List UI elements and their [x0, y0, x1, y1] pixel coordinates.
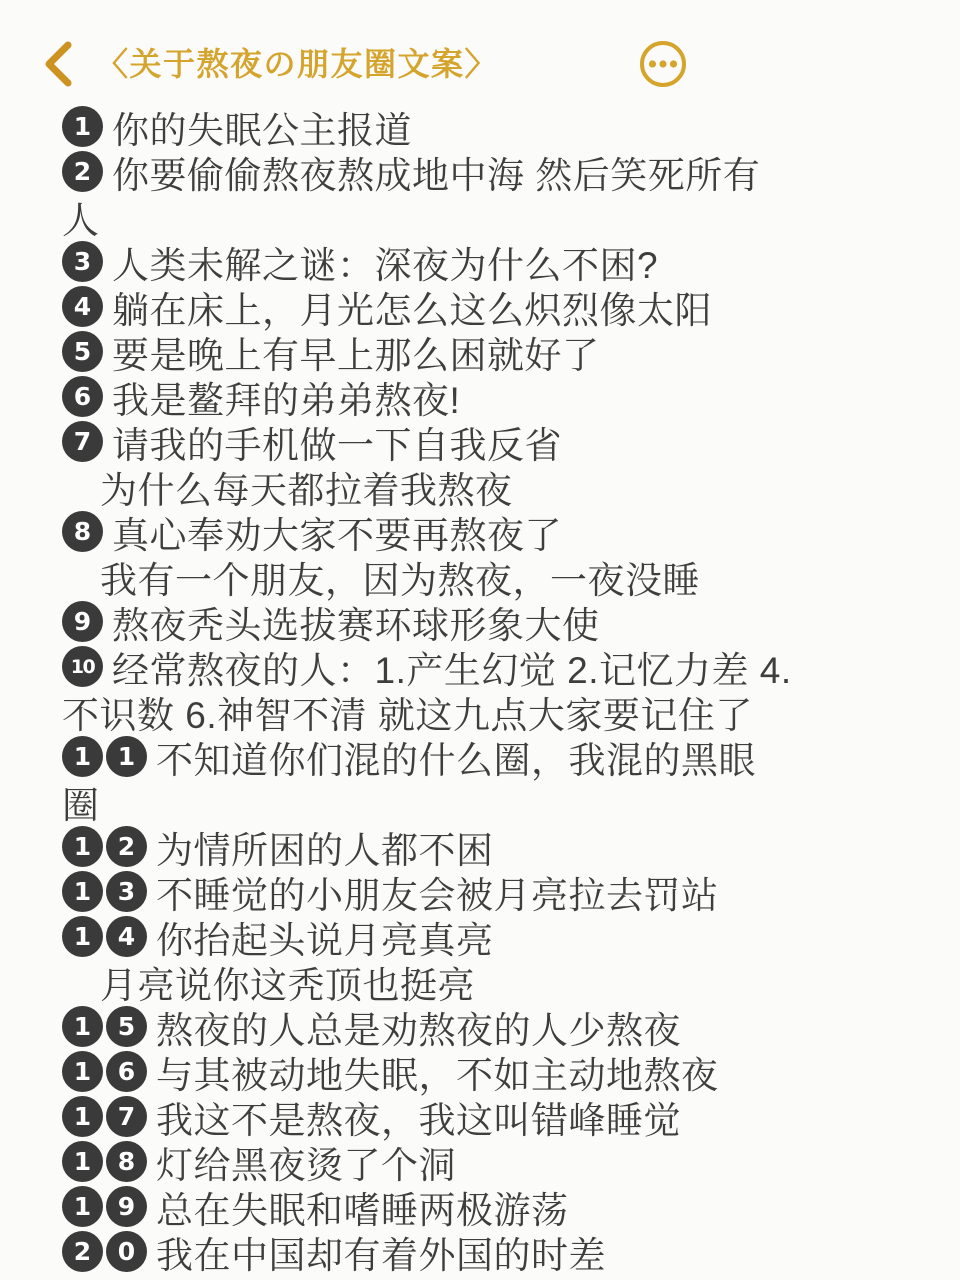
- line-number-badges: 18: [62, 1141, 147, 1182]
- line-number-badges: 6: [62, 376, 103, 417]
- line-number-badges: 12: [62, 826, 147, 867]
- line-number-badge: 1: [62, 1186, 103, 1227]
- line-number-badge: 1: [62, 1096, 103, 1137]
- note-line: 16 与其被动地失眠，不如主动地熬夜: [62, 1049, 930, 1094]
- line-number-badge: 4: [62, 286, 103, 327]
- line-number-badge: 4: [106, 916, 147, 957]
- line-number-badge: 1: [62, 1006, 103, 1047]
- note-header: 〈关于熬夜の朋友圈文案〉: [40, 36, 920, 92]
- line-number-badges: 14: [62, 916, 147, 957]
- note-line: 5 要是晚上有早上那么困就好了: [62, 329, 930, 374]
- line-number-badge: 1: [62, 1141, 103, 1182]
- line-number-badge: 2: [62, 151, 103, 192]
- ellipsis-circle-icon: [635, 80, 691, 95]
- line-number-badges: 17: [62, 1096, 147, 1137]
- note-title: 〈关于熬夜の朋友圈文案〉: [96, 36, 498, 92]
- note-content: 1 你的失眠公主报道 2 你要偷偷熬夜熬成地中海 然后笑死所有 人 3 人类未解…: [62, 104, 930, 1274]
- note-line: 17 我这不是熬夜，我这叫错峰睡觉: [62, 1094, 930, 1139]
- line-number-badges: 3: [62, 241, 103, 282]
- line-number-badges: 1: [62, 106, 103, 147]
- line-number-badge: 1: [62, 1051, 103, 1092]
- line-number-badge: 9: [106, 1186, 147, 1227]
- back-button[interactable]: [40, 40, 80, 88]
- line-number-badge: 2: [106, 826, 147, 867]
- line-number-badge: 3: [62, 241, 103, 282]
- line-number-badges: 7: [62, 421, 103, 462]
- line-number-badge: 0: [106, 1231, 147, 1272]
- note-line: 我有一个朋友，因为熬夜，一夜没睡: [62, 554, 930, 599]
- note-line: 3 人类未解之谜：深夜为什么不困?: [62, 239, 930, 284]
- note-line: 月亮说你这秃顶也挺亮: [62, 959, 930, 1004]
- line-number-badge: 8: [62, 511, 103, 552]
- line-number-badge: 1: [62, 826, 103, 867]
- line-text: 人: [62, 190, 100, 244]
- note-line: 为什么每天都拉着我熬夜: [62, 464, 930, 509]
- note-line: 14 你抬起头说月亮真亮: [62, 914, 930, 959]
- note-line: 4 躺在床上，月光怎么这么炽烈像太阳: [62, 284, 930, 329]
- line-number-badges: 20: [62, 1231, 147, 1272]
- line-number-badges: 4: [62, 286, 103, 327]
- note-line: 9 熬夜秃头选拔赛环球形象大使: [62, 599, 930, 644]
- line-number-badges: 2: [62, 151, 103, 192]
- line-number-badge: 8: [106, 1141, 147, 1182]
- line-number-badge: 5: [106, 1006, 147, 1047]
- note-line: 19 总在失眠和嗜睡两极游荡: [62, 1184, 930, 1229]
- note-line: 18 灯给黑夜烫了个洞: [62, 1139, 930, 1184]
- line-number-badges: 5: [62, 331, 103, 372]
- line-number-badge: 6: [62, 376, 103, 417]
- line-number-badges: 16: [62, 1051, 147, 1092]
- line-number-badges: 13: [62, 871, 147, 912]
- line-number-badge: 5: [62, 331, 103, 372]
- line-number-badges: 15: [62, 1006, 147, 1047]
- line-number-badge: 10: [62, 646, 103, 687]
- more-options-button[interactable]: [635, 36, 691, 92]
- note-line: 2 你要偷偷熬夜熬成地中海 然后笑死所有: [62, 149, 930, 194]
- line-number-badge: 1: [106, 736, 147, 777]
- line-number-badges: 19: [62, 1186, 147, 1227]
- line-number-badges: 9: [62, 601, 103, 642]
- chevron-left-icon: [40, 76, 80, 91]
- line-text: 不知道你们混的什么圈，我混的黑眼: [156, 730, 756, 784]
- note-line: 不识数 6.神智不清 就这九点大家要记住了: [62, 689, 930, 734]
- note-line: 10 经常熬夜的人：1.产生幻觉 2.记忆力差 4.: [62, 644, 930, 689]
- line-number-badge: 1: [62, 736, 103, 777]
- line-number-badge: 2: [62, 1231, 103, 1272]
- note-line: 8 真心奉劝大家不要再熬夜了: [62, 509, 930, 554]
- line-number-badge: 9: [62, 601, 103, 642]
- note-line: 圈: [62, 779, 930, 824]
- note-line: 12 为情所困的人都不困: [62, 824, 930, 869]
- line-number-badge: 7: [62, 421, 103, 462]
- line-text: 圈: [62, 775, 100, 829]
- note-line: 6 我是鳌拜的弟弟熬夜!: [62, 374, 930, 419]
- line-number-badge: 1: [62, 871, 103, 912]
- note-line: 20 我在中国却有着外国的时差: [62, 1229, 930, 1274]
- line-number-badges: 8: [62, 511, 103, 552]
- note-line: 15 熬夜的人总是劝熬夜的人少熬夜: [62, 1004, 930, 1049]
- line-text: 我在中国却有着外国的时差: [156, 1225, 606, 1279]
- line-text: 你要偷偷熬夜熬成地中海 然后笑死所有: [112, 145, 760, 199]
- line-number-badges: 10: [62, 646, 103, 687]
- line-number-badges: 11: [62, 736, 147, 777]
- note-line: 人: [62, 194, 930, 239]
- note-line: 13 不睡觉的小朋友会被月亮拉去罚站: [62, 869, 930, 914]
- note-line: 1 你的失眠公主报道: [62, 104, 930, 149]
- note-line: 11 不知道你们混的什么圈，我混的黑眼: [62, 734, 930, 779]
- line-number-badge: 7: [106, 1096, 147, 1137]
- line-number-badge: 1: [62, 106, 103, 147]
- line-number-badge: 1: [62, 916, 103, 957]
- line-number-badge: 3: [106, 871, 147, 912]
- note-page: 〈关于熬夜の朋友圈文案〉 1 你的失眠公主报道 2 你要偷偷熬夜熬成地中海 然后…: [0, 0, 960, 1280]
- line-number-badge: 6: [106, 1051, 147, 1092]
- note-line: 7 请我的手机做一下自我反省: [62, 419, 930, 464]
